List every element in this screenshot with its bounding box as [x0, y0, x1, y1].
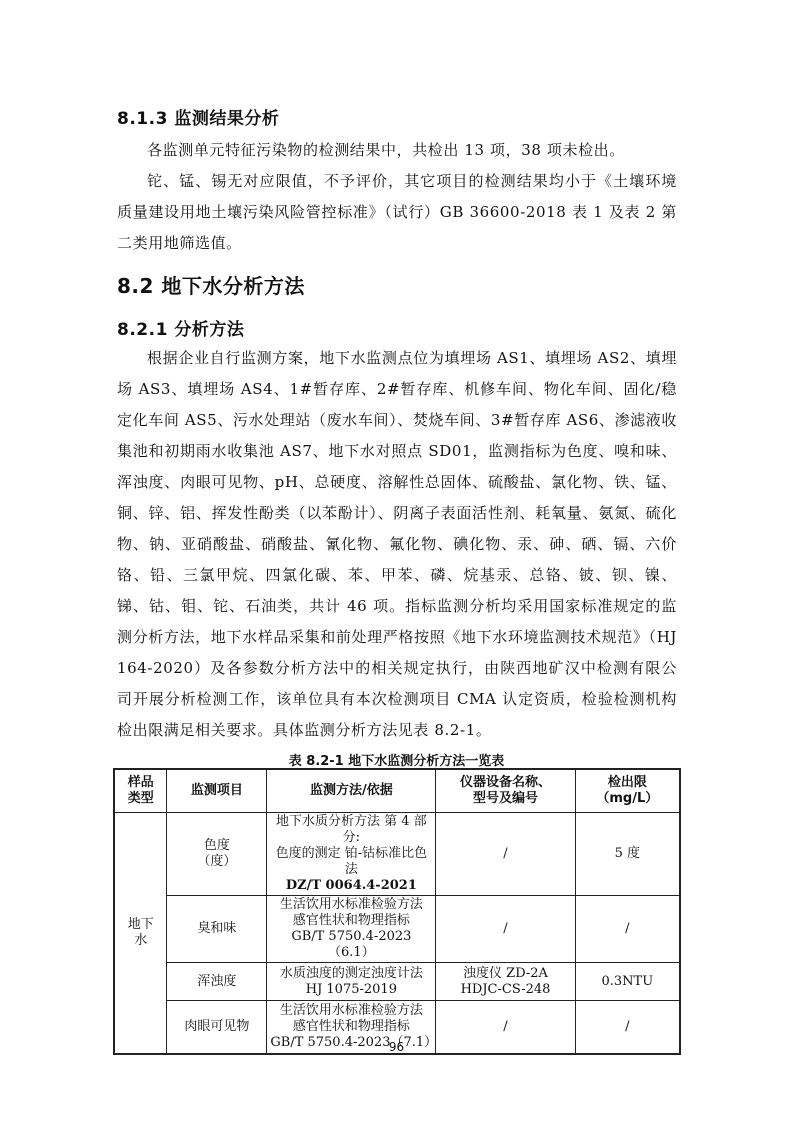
paragraph-analysis-method: 根据企业自行监测方案，地下水监测点位为填埋场 AS1、填埋场 AS2、填埋场 A… — [117, 343, 677, 746]
header-method: 监测方法/依据 — [267, 769, 436, 813]
table-row: 臭和味 生活饮用水标准检验方法 感官性状和物理指标 GB/T 5750.4-20… — [114, 896, 680, 963]
cell-limit: 0.3NTU — [575, 963, 680, 1001]
analysis-methods-table: 样品 类型 监测项目 监测方法/依据 仪器设备名称、 型号及编号 检出限 （mg… — [113, 768, 681, 1055]
heading-8-1-3: 8.1.3 监测结果分析 — [117, 104, 279, 129]
cell-item: 色度 （度） — [167, 813, 267, 896]
cell-limit: / — [575, 896, 680, 963]
cell-method: 地下水质分析方法 第 4 部分: 色度的测定 铂-钴标准比色法 DZ/T 006… — [267, 813, 436, 896]
heading-8-2: 8.2 地下水分析方法 — [117, 270, 305, 299]
header-limit: 检出限 （mg/L） — [575, 769, 680, 813]
cell-sample-type: 地下 水 — [114, 813, 167, 1055]
header-instrument: 仪器设备名称、 型号及编号 — [436, 769, 575, 813]
table-row: 浑浊度 水质浊度的测定浊度计法 HJ 1075-2019 浊度仪 ZD-2A H… — [114, 963, 680, 1001]
cell-item: 臭和味 — [167, 896, 267, 963]
table-row: 地下 水 色度 （度） 地下水质分析方法 第 4 部分: 色度的测定 铂-钴标准… — [114, 813, 680, 896]
paragraph-detection-summary: 各监测单元特征污染物的检测结果中，共检出 13 项，38 项未检出。 — [117, 135, 677, 166]
header-sample-type: 样品 类型 — [114, 769, 167, 813]
cell-item: 浑浊度 — [167, 963, 267, 1001]
cell-limit: 5 度 — [575, 813, 680, 896]
cell-method: 水质浊度的测定浊度计法 HJ 1075-2019 — [267, 963, 436, 1001]
paragraph-evaluation: 铊、锰、锡无对应限值，不予评价，其它项目的检测结果均小于《土壤环境质量建设用地土… — [117, 166, 677, 259]
cell-method: 生活饮用水标准检验方法 感官性状和物理指标 GB/T 5750.4-2023 （… — [267, 896, 436, 963]
cell-instrument: / — [436, 813, 575, 896]
document-page: 8.1.3 监测结果分析 各监测单元特征污染物的检测结果中，共检出 13 项，3… — [0, 0, 793, 1122]
heading-8-2-1: 8.2.1 分析方法 — [117, 315, 244, 340]
table-caption: 表 8.2-1 地下水监测分析方法一览表 — [0, 750, 793, 769]
cell-instrument: / — [436, 896, 575, 963]
cell-instrument: 浊度仪 ZD-2A HDJC-CS-248 — [436, 963, 575, 1001]
header-item: 监测项目 — [167, 769, 267, 813]
page-number: 96 — [0, 1040, 793, 1054]
table-header-row: 样品 类型 监测项目 监测方法/依据 仪器设备名称、 型号及编号 检出限 （mg… — [114, 769, 680, 813]
